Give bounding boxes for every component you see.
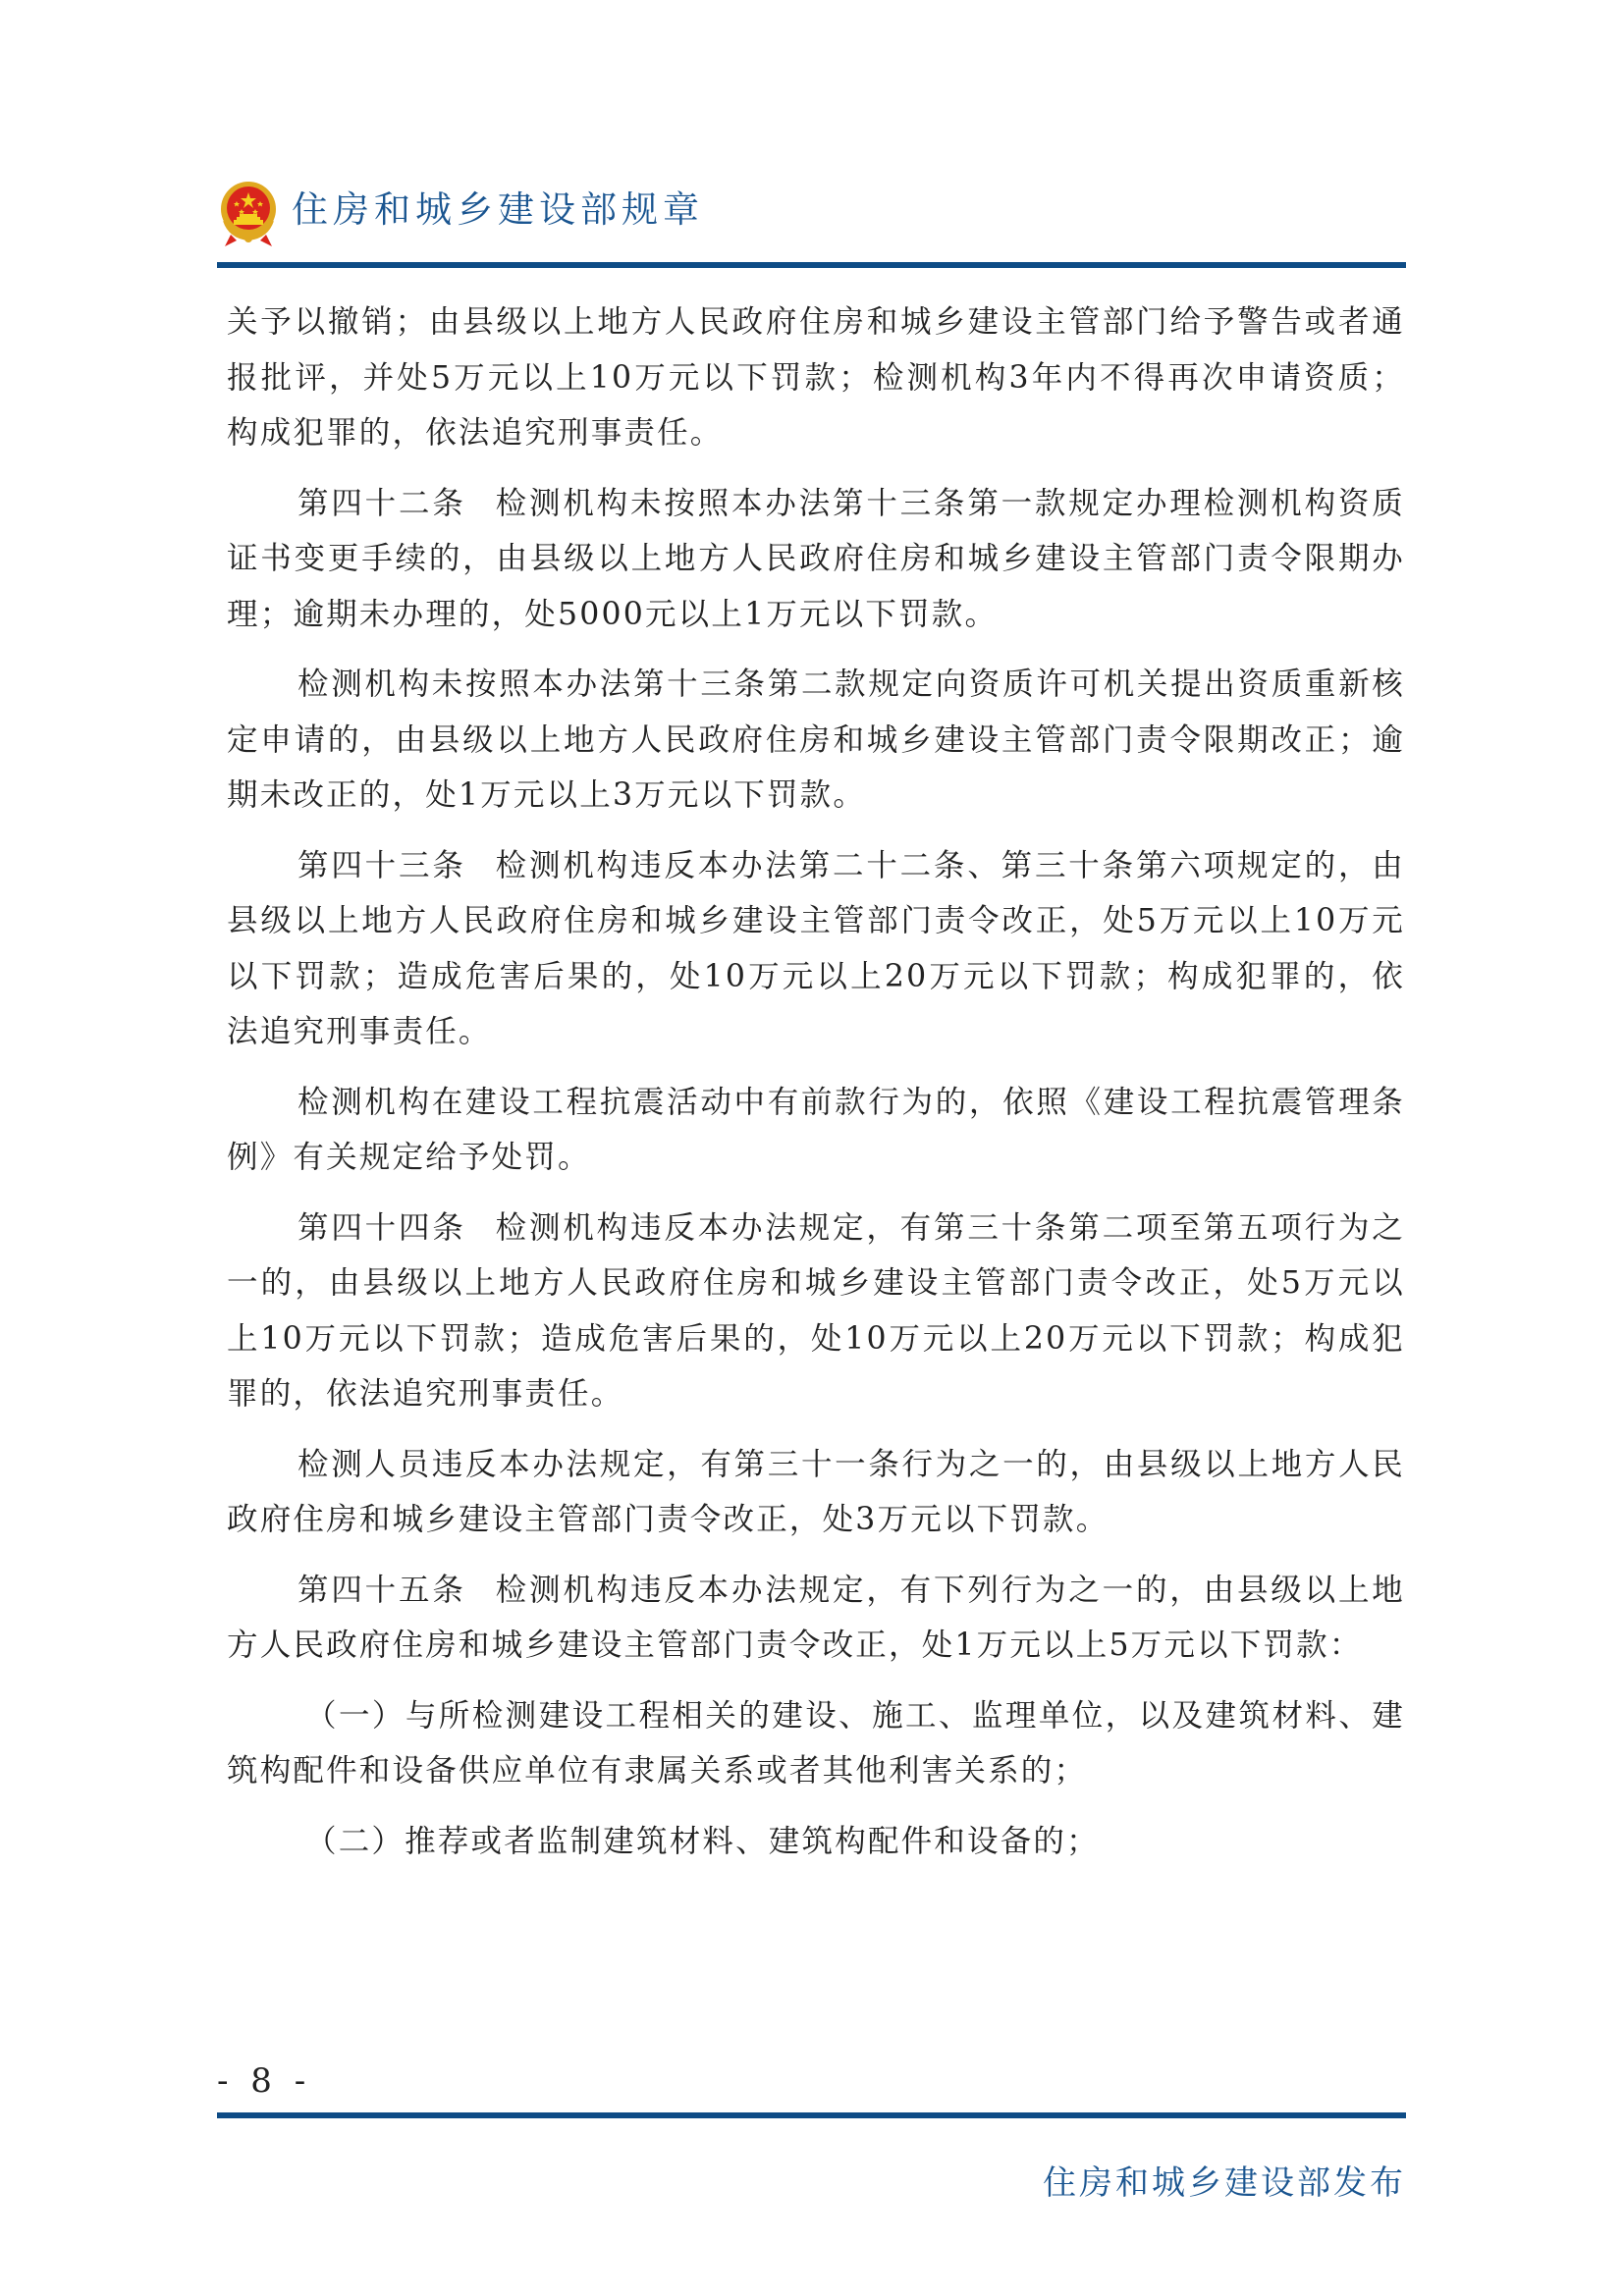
paragraph-text: 关予以撤销；由县级以上地方人民政府住房和城乡建设主管部门给予警告或者通报批评，并…: [227, 304, 1405, 451]
article-45: 第四十五条检测机构违反本办法规定，有下列行为之一的，由县级以上地方人民政府住房和…: [227, 1563, 1405, 1674]
item-text: （一）与所检测建设工程相关的建设、施工、监理单位，以及建筑材料、建筑构配件和设备…: [227, 1698, 1405, 1789]
article-43: 第四十三条检测机构违反本办法第二十二条、第三十条第六项规定的，由县级以上地方人民…: [227, 838, 1405, 1060]
article-43-clause-2: 检测机构在建设工程抗震活动中有前款行为的，依照《建设工程抗震管理条例》有关规定给…: [227, 1075, 1405, 1186]
article-45-item-1: （一）与所检测建设工程相关的建设、施工、监理单位，以及建筑材料、建筑构配件和设备…: [227, 1688, 1405, 1799]
continuation-paragraph: 关予以撤销；由县级以上地方人民政府住房和城乡建设主管部门给予警告或者通报批评，并…: [227, 294, 1405, 461]
article-number: 第四十五条: [298, 1573, 466, 1608]
paragraph-text: 检测机构在建设工程抗震活动中有前款行为的，依照《建设工程抗震管理条例》有关规定给…: [227, 1085, 1405, 1176]
document-body: 关予以撤销；由县级以上地方人民政府住房和城乡建设主管部门给予警告或者通报批评，并…: [227, 294, 1405, 1884]
article-45-item-2: （二）推荐或者监制建筑材料、建筑构配件和设备的；: [227, 1814, 1405, 1870]
article-42: 第四十二条检测机构未按照本办法第十三条第一款规定办理检测机构资质证书变更手续的，…: [227, 476, 1405, 643]
page-number: - 8 -: [217, 2061, 311, 2101]
page-header: 住房和城乡建设部规章: [217, 175, 1406, 253]
article-44-clause-2: 检测人员违反本办法规定，有第三十一条行为之一的，由县级以上地方人民政府住房和城乡…: [227, 1437, 1405, 1548]
article-number: 第四十二条: [298, 486, 466, 521]
footer-publisher: 住房和城乡建设部发布: [1043, 2156, 1406, 2204]
item-text: （二）推荐或者监制建筑材料、建筑构配件和设备的；: [305, 1824, 1100, 1859]
article-44: 第四十四条检测机构违反本办法规定，有第三十条第二项至第五项行为之一的，由县级以上…: [227, 1201, 1405, 1422]
paragraph-text: 检测机构未按照本办法第十三条第二款规定向资质许可机关提出资质重新核定申请的，由县…: [227, 667, 1405, 813]
national-emblem-icon: [217, 180, 280, 248]
paragraph-text: 检测人员违反本办法规定，有第三十一条行为之一的，由县级以上地方人民政府住房和城乡…: [227, 1447, 1405, 1538]
footer-divider: [217, 2112, 1406, 2118]
article-number: 第四十四条: [298, 1210, 466, 1246]
header-divider: [217, 262, 1406, 268]
article-42-clause-2: 检测机构未按照本办法第十三条第二款规定向资质许可机关提出资质重新核定申请的，由县…: [227, 657, 1405, 824]
header-title: 住房和城乡建设部规章: [292, 187, 704, 234]
article-number: 第四十三条: [298, 848, 466, 883]
